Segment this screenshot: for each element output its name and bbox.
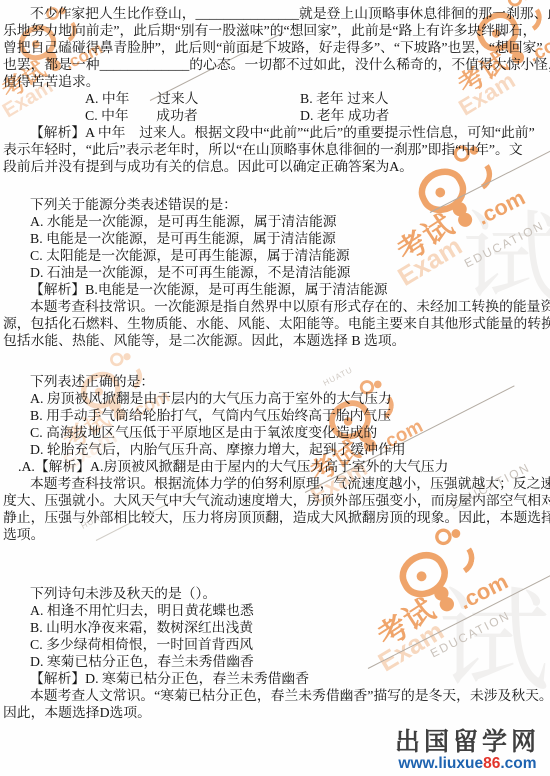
question-stem: 下列表述正确的是： — [0, 373, 550, 390]
site-url: www.liuxue86.com — [395, 755, 540, 772]
logo-circle-icon — [521, 0, 531, 2]
text-line: 本题考查人文常识。“寒菊已枯分正色，春兰未秀借幽香”描写的是冬天，未涉及秋天。 — [0, 687, 550, 704]
site-name: 出国留学网 — [395, 730, 540, 755]
text-line: 乐地努力地向前走”，此后期“别有一股滋味”的“想回家”，此前是“路上有许多块绊脚… — [0, 22, 550, 39]
option-right: D. 老年 成功者 — [300, 107, 389, 124]
text-line: 段前后并没有提到与成功有关的信息。因此可以确定正确答案为A。 — [0, 158, 550, 175]
option-left: A. 中年 过来人 — [85, 91, 198, 106]
analysis-line: 【解析】D. 寒菊已枯分正色，春兰未秀借幽香 — [0, 670, 550, 687]
text-line: 包括水能、热能、风能等，是二次能源。因此，本题选择 B 选项。 — [0, 332, 550, 349]
question-stem: 下列诗句未涉及秋天的是（）。 — [0, 585, 550, 602]
url-prefix: www.liuxue — [398, 755, 483, 772]
option-line: B. 用手动手气筒给轮胎打气，气筒内气压始终高于胎内气压 — [0, 407, 550, 424]
question-stem: 下列关于能源分类表述错误的是： — [0, 196, 550, 213]
text-line: 曾把自己磕碰得鼻青脸肿”，此后则“前面是下坡路，好走得多”、“下坡路”也罢，“想… — [0, 39, 550, 56]
option-line: A. 相逢不用忙归去，明日黄花蝶也悉 — [0, 602, 550, 619]
liuxue86-logo: 出国留学网 www.liuxue86.com — [395, 730, 540, 772]
document-body: 不少作家把人生比作登山，_______________就是登上山顶略事休息徘徊的… — [0, 5, 550, 721]
option-line: B. 电能是一次能源，是可再生能源，属于清洁能源 — [0, 230, 550, 247]
text-line: 本题考查科技常识。一次能源是指自然界中以原有形式存在的、未经加工转换的能量资 — [0, 298, 550, 315]
option-line: A. 房顶被风掀翻是由于层内的大气压力高于室外的大气压力 — [0, 390, 550, 407]
option-line: D. 石油是一次能源，是不可再生能源，不是清洁能源 — [0, 264, 550, 281]
option-line: C. 高海拔地区气压低于平原地区是由于氧浓度变化造成的 — [0, 424, 550, 441]
analysis-line: .A.【解析】A.房顶被风掀翻是由于屋内的大气压力高于室外的大气压力 — [0, 458, 550, 475]
text-line: 值得苦苦追求。 — [0, 73, 550, 90]
scanned-exam-page: 试 试 Exam 考试 .com Exam 考试 .com Exam 考试 .c… — [0, 0, 550, 776]
text-line: 表示年轻时，“此后”表示老年时，所以“在山顶略事休息徘徊的一刹那”即指“中年”。… — [0, 141, 550, 158]
text-line: 度大、压强就小。大风天气中大气流动速度增大，房顶外部压强变小，而房屋内部空气相对 — [0, 492, 550, 509]
text-line: 因此，本题选择D选项。 — [0, 704, 550, 721]
option-line: D. 轮胎充气后，内胎气压升高、摩擦力增大，起到了缓冲作用 — [0, 441, 550, 458]
url-number: 86 — [483, 755, 500, 772]
option-line: C. 多少绿荷相倚恨，一时回首背西风 — [0, 636, 550, 653]
option-line: B. 山明水净夜来霜，数树深红出浅黄 — [0, 619, 550, 636]
text-line: 不少作家把人生比作登山，_______________就是登上山顶略事休息徘徊的… — [0, 5, 550, 22]
option-left: C. 中年 成功者 — [85, 108, 198, 123]
option-line: D. 寒菊已枯分正色，春兰未秀借幽香 — [0, 653, 550, 670]
analysis-line: 【解析】A 中年 过来人。根据文段中“此前”“此后”的重要提示性信息，可知“此前… — [0, 124, 550, 141]
analysis-line: 【解析】B.电能是一次能源，是可再生能源，属于清洁能源 — [0, 281, 550, 298]
option-line: C. 太阳能是一次能源，是可再生能源，属于清洁能源 — [0, 247, 550, 264]
option-right: B. 老年 过来人 — [300, 90, 389, 107]
option-line: A. 水能是一次能源，是可再生能源，属于清洁能源 — [0, 213, 550, 230]
text-line: 本题考查科技常识。根据流体力学的伯努利原理，气流速度越小，压强就越大；反之速 — [0, 475, 550, 492]
text-line: 也罢，都是一种_____________的心态。一切都不过如此，没什么稀奇的，不… — [0, 56, 550, 73]
option-row: C. 中年 成功者D. 老年 成功者 — [0, 107, 550, 124]
url-suffix: .com — [500, 755, 536, 772]
text-line: 选项。 — [0, 526, 550, 543]
text-line: 静止，压强与外部相比较大，压力将房顶顶翻，造成大风掀翻房顶的现象。因此，本题选择… — [0, 509, 550, 526]
text-line: 源，包括化石燃料、生物质能、水能、风能、太阳能等。电能主要来自其他形式能量的转换… — [0, 315, 550, 332]
option-row: A. 中年 过来人B. 老年 过来人 — [0, 90, 550, 107]
